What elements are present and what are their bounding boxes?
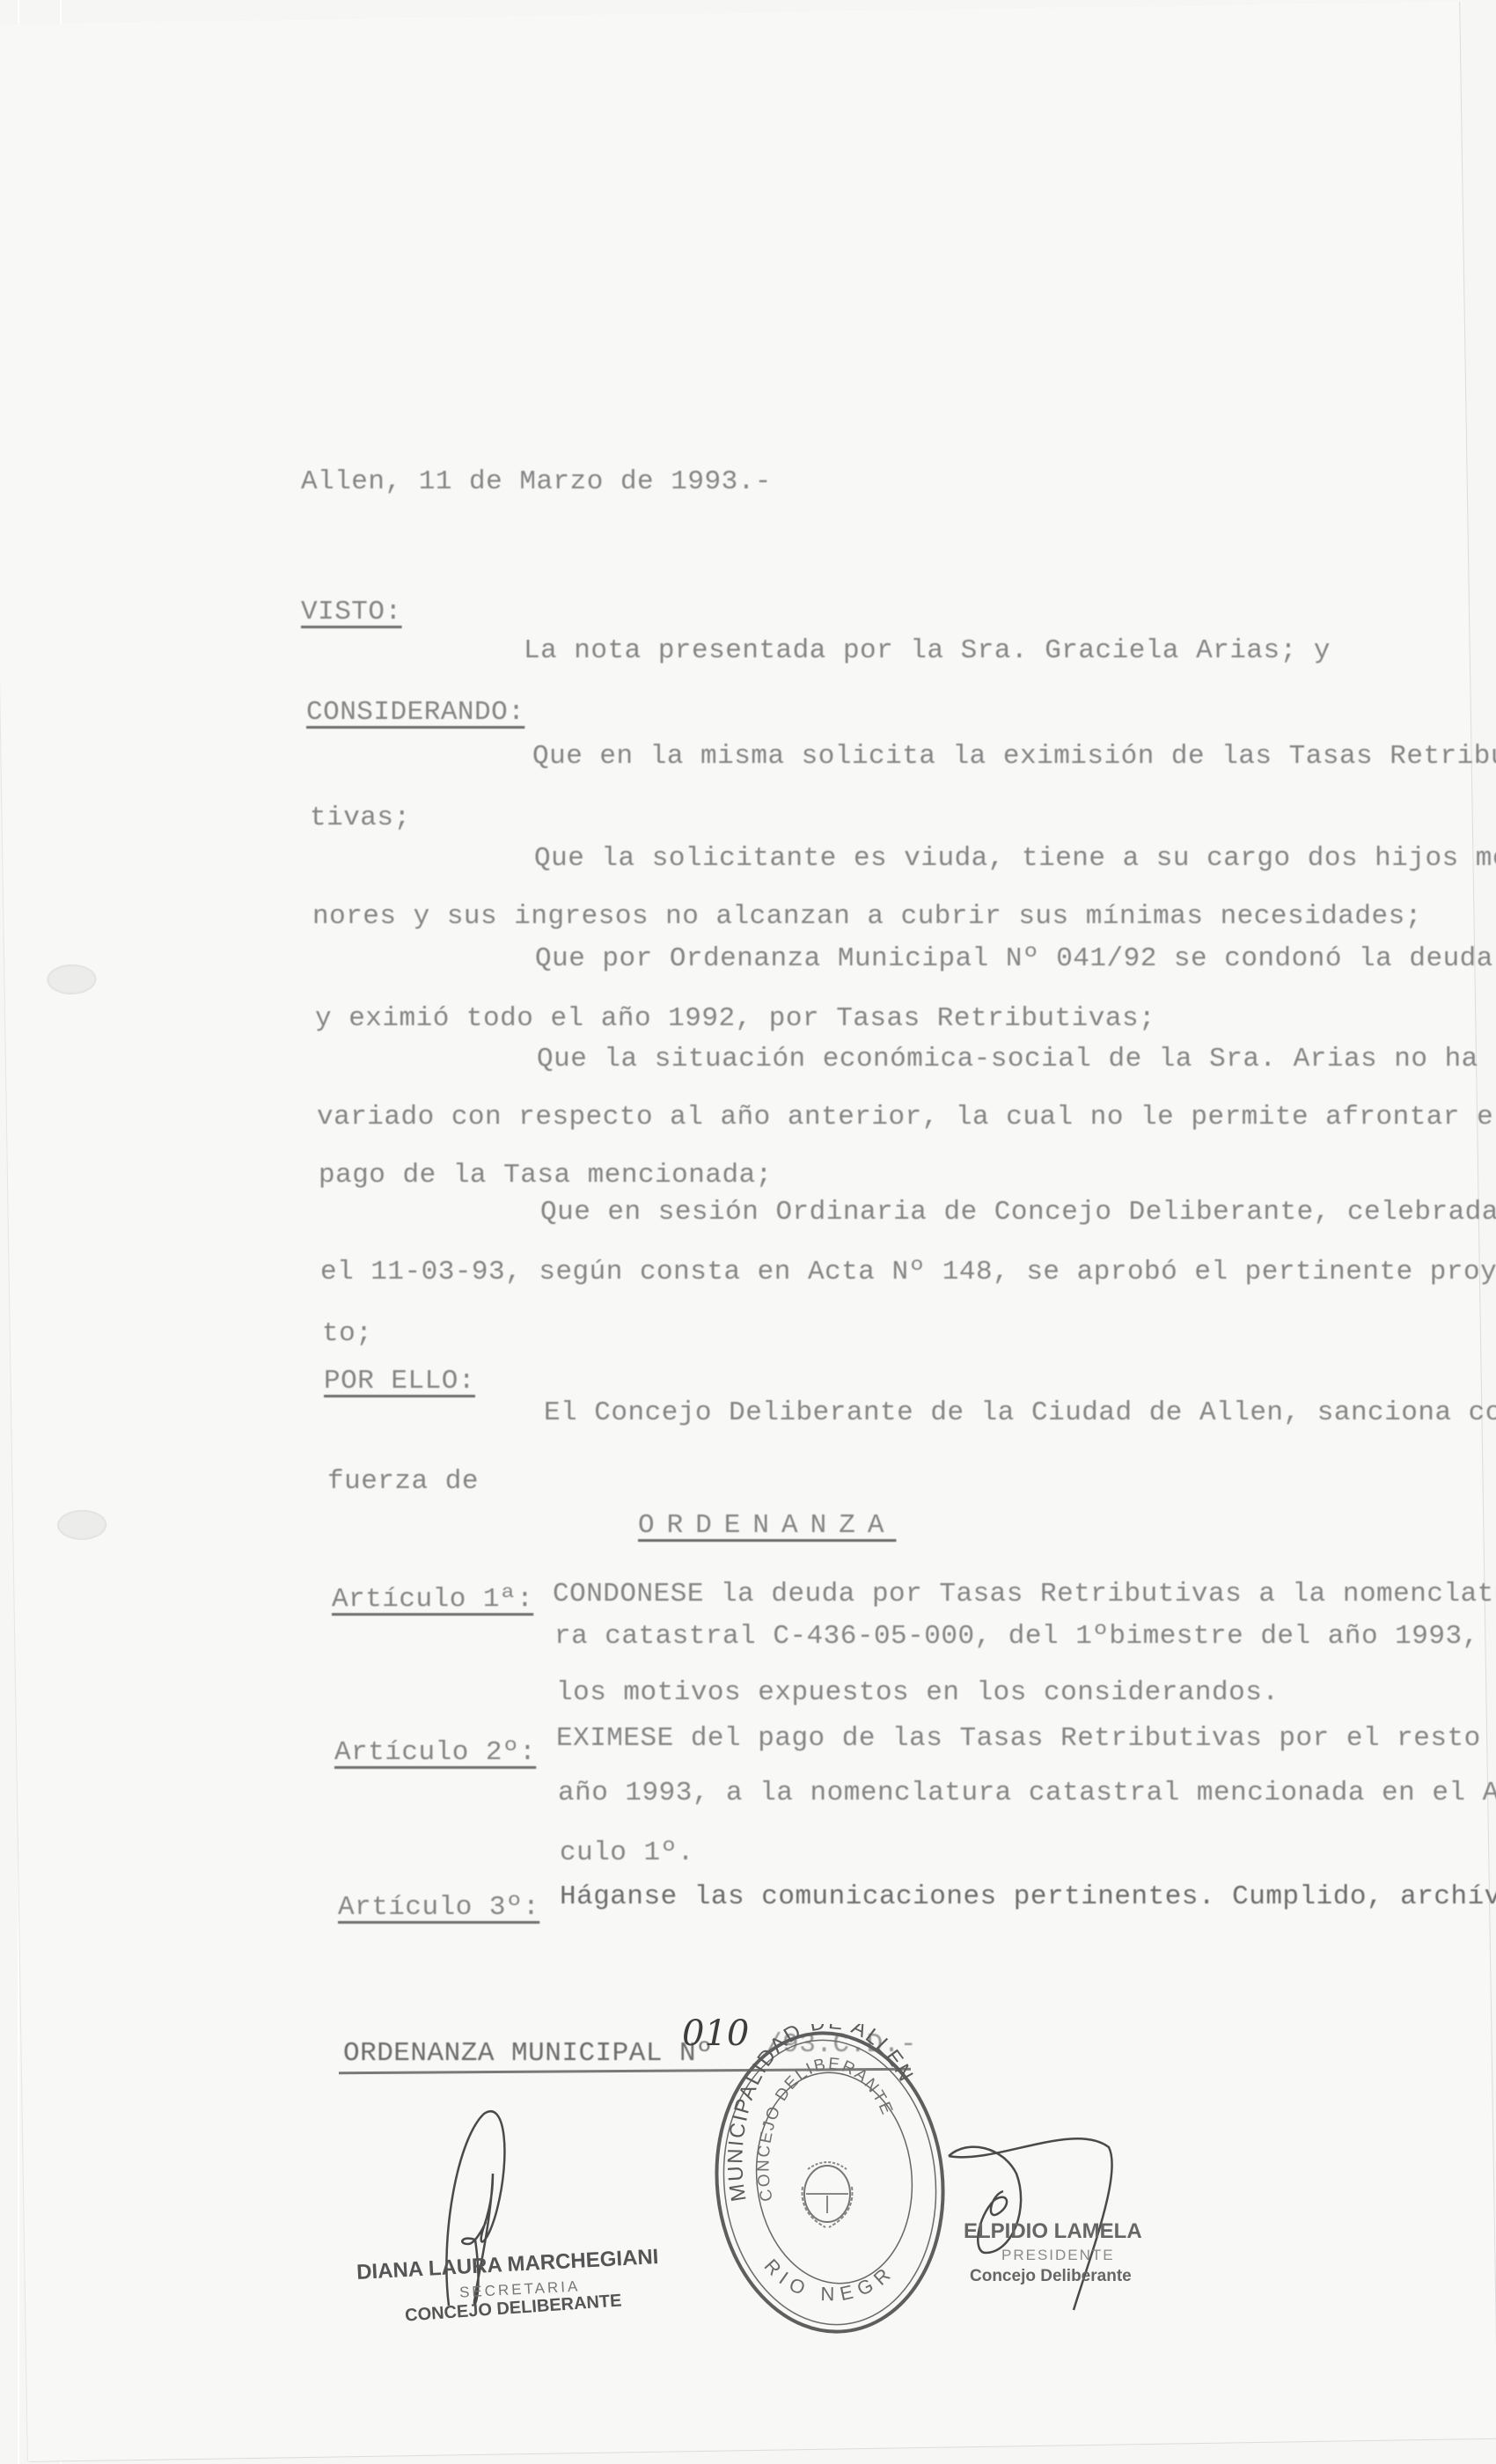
por-ello-line: El Concejo Deliberante de la Ciudad de A… [544, 1397, 1496, 1428]
article-1-line: CONDONESE la deuda por Tasas Retributiva… [553, 1579, 1496, 1610]
ordinance-number-prefix: ORDENANZA MUNICIPAL Nº [343, 2038, 713, 2069]
ordenanza-title: ORDENANZA [638, 1510, 896, 1541]
considerando-line: pago de la Tasa mencionada; [319, 1160, 773, 1191]
svg-text:CONCEJO DELIBERANTE: CONCEJO DELIBERANTE [754, 2055, 896, 2203]
article-2-label: Artículo 2º: [334, 1737, 536, 1768]
article-2-line: EXIMESE del pago de las Tasas Retributiv… [556, 1723, 1496, 1754]
considerando-line: Que la situación económica-social de la … [537, 1044, 1478, 1074]
considerando-line: nores y sus ingresos no alcanzan a cubri… [312, 901, 1422, 932]
seal-inner-text: CONCEJO DELIBERANTE [754, 2055, 896, 2203]
considerando-line: variado con respecto al año anterior, la… [317, 1102, 1496, 1133]
considerando-line: y eximió todo el año 1992, por Tasas Ret… [315, 1003, 1155, 1034]
punch-hole [57, 1509, 107, 1540]
official-seal: MUNICIPALIDAD DE ALLEN CONCEJO DELIBERAN… [711, 2024, 949, 2336]
scanned-page: Allen, 11 de Marzo de 1993.- VISTO: La n… [0, 0, 1496, 2464]
visto-text: La nota presentada por la Sra. Graciela … [524, 635, 1331, 666]
considerando-line: Que en la misma solicita la eximisión de… [532, 741, 1496, 772]
por-ello-heading: POR ELLO: [324, 1366, 475, 1397]
coat-of-arms-icon [803, 2162, 853, 2227]
article-3-line: Háganse las comunicaciones pertinentes. … [560, 1881, 1496, 1912]
place-date: Allen, 11 de Marzo de 1993.- [301, 466, 772, 497]
article-2-line: año 1993, a la nomenclatura catastral me… [558, 1778, 1496, 1808]
considerando-line: Que en sesión Ordinaria de Concejo Delib… [540, 1197, 1496, 1228]
president-name: ELPIDIO LAMELA [964, 2219, 1142, 2244]
punch-hole [47, 964, 97, 995]
considerando-line: to; [322, 1318, 372, 1349]
article-1-line: ra catastral C-436-05-000, del 1ºbimestr… [554, 1621, 1496, 1652]
article-1-line: los motivos expuestos en los considerand… [556, 1677, 1279, 1708]
considerando-line: tivas; [310, 803, 411, 833]
considerando-line: Que por Ordenanza Municipal Nº 041/92 se… [535, 943, 1493, 974]
article-1-label: Artículo 1ª: [332, 1584, 533, 1615]
article-3-label: Artículo 3º: [338, 1892, 539, 1923]
considerando-line: el 11-03-93, según consta en Acta Nº 148… [320, 1257, 1496, 1287]
visto-heading: VISTO: [301, 597, 402, 627]
president-body: Concejo Deliberante [970, 2267, 1132, 2286]
article-2-line: culo 1º. [560, 1837, 694, 1868]
president-role: PRESIDENTE [1001, 2247, 1115, 2264]
considerando-heading: CONSIDERANDO: [306, 697, 524, 728]
considerando-line: Que la solicitante es viuda, tiene a su … [534, 843, 1496, 874]
por-ello-line: fuerza de [327, 1466, 479, 1497]
